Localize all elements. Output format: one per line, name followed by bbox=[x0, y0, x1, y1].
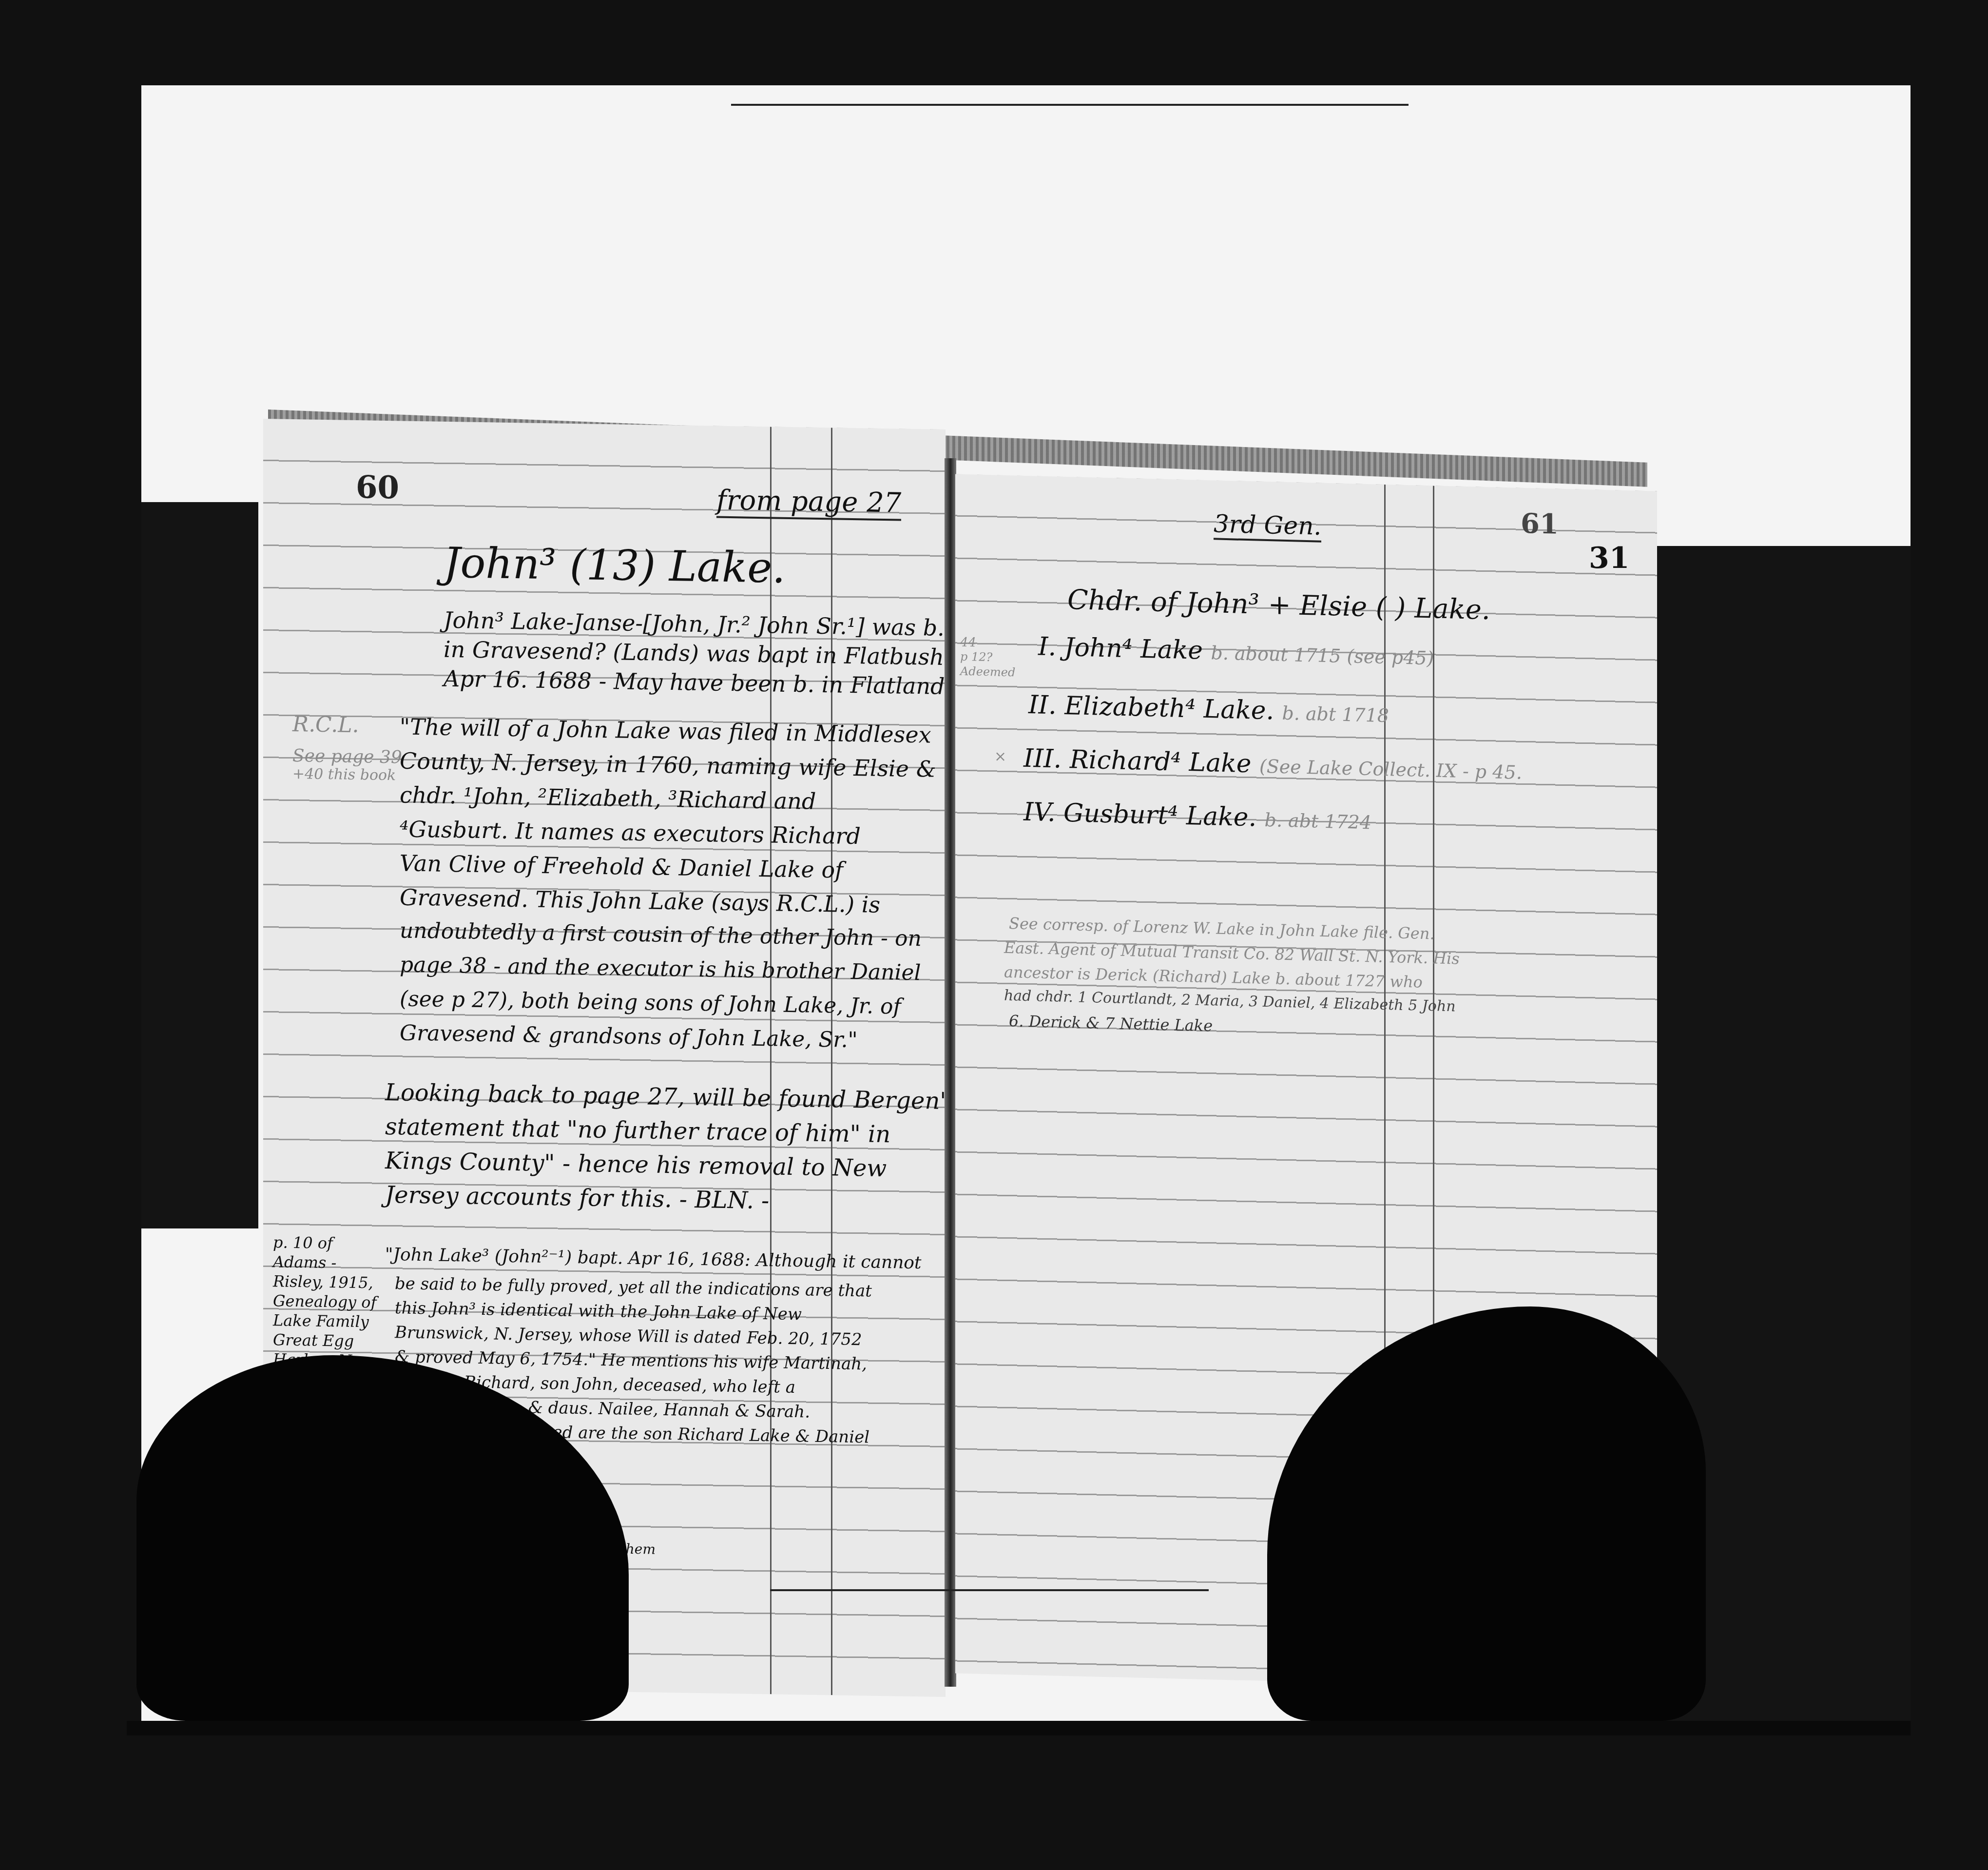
next-page-edge-number: 31 bbox=[1589, 541, 1630, 575]
generation-heading: 3rd Gen. bbox=[1214, 509, 1321, 542]
page-number: 60 bbox=[356, 469, 399, 506]
page-number: 61 bbox=[1521, 507, 1559, 541]
dark-background-left bbox=[141, 502, 258, 1228]
crossref-note: from page 27 bbox=[716, 485, 901, 521]
bottom-rule bbox=[770, 1589, 1209, 1591]
bottom-edge bbox=[127, 1721, 1911, 1735]
rcl-label: R.C.L. bbox=[292, 712, 359, 738]
page-title: John³ (13) Lake. bbox=[444, 539, 785, 593]
book-gutter bbox=[945, 458, 956, 1687]
margin-this-book: +40 this book bbox=[292, 765, 396, 784]
top-rule bbox=[731, 104, 1409, 106]
margin-see-page: See page 39 bbox=[292, 746, 402, 768]
